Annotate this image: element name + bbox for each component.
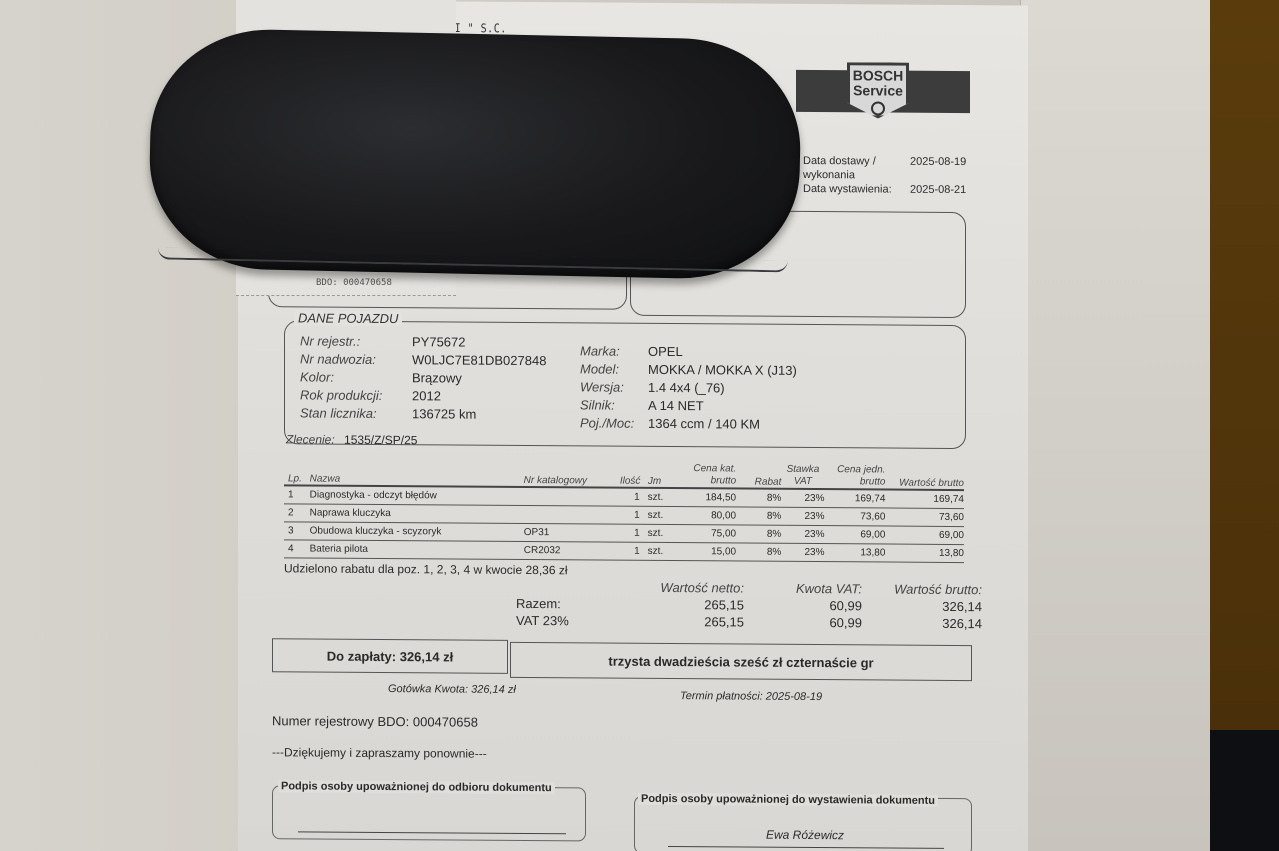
- document-dates: Data dostawy / wykonania 2025-08-19 Data…: [803, 154, 966, 197]
- col-qty: Ilość: [620, 476, 640, 487]
- cell-vat-rate: 23%: [781, 529, 824, 540]
- cell-unit: szt.: [640, 528, 687, 539]
- cell-unit: szt.: [640, 492, 687, 503]
- order-value: 1535/Z/SP/25: [344, 433, 417, 448]
- summary-row-total: Razem: 265,15 60,99 326,14: [516, 596, 982, 614]
- field-value: OPEL: [648, 343, 683, 361]
- summary-header-spacer: [516, 579, 646, 595]
- cell-vat-rate: 23%: [781, 493, 824, 504]
- col-name: Nazwa: [310, 473, 524, 485]
- cell-name: Bateria pilota: [310, 543, 524, 555]
- vehicle-field: Rok produkcji:2012: [300, 386, 546, 406]
- background-dark-corner: [1210, 730, 1279, 851]
- date-value: 2025-08-19: [910, 155, 966, 183]
- field-label: Poj./Moc:: [580, 414, 648, 432]
- col-list-price: Cena kat. brutto: [687, 463, 736, 487]
- summary-header: Wartość netto: Kwota VAT: Wartość brutto…: [516, 579, 982, 597]
- vehicle-field: Silnik:A 14 NET: [580, 396, 797, 416]
- cell-discount: 8%: [736, 528, 781, 539]
- cell-catalog: CR2032: [524, 545, 620, 557]
- summary-col-vat: Kwota VAT:: [744, 581, 862, 597]
- payment-due-date: Termin płatności: 2025-08-19: [680, 690, 822, 703]
- cell-list-price: 15,00: [687, 546, 736, 557]
- date-label: Data dostawy / wykonania: [803, 154, 910, 183]
- cell-qty: 1: [620, 528, 640, 539]
- totals-summary: Wartość netto: Kwota VAT: Wartość brutto…: [516, 579, 982, 631]
- cell-vat-rate: 23%: [781, 511, 824, 522]
- cell-vat-rate: 23%: [781, 547, 824, 558]
- cell-qty: 1: [620, 492, 640, 503]
- vehicle-left-column: Nr rejestr.:PY75672 Nr nadwozia:W0LJC7E8…: [300, 332, 546, 424]
- field-value: A 14 NET: [648, 397, 704, 415]
- field-value: W0LJC7E81DB027848: [412, 351, 546, 370]
- cell-lp: 4: [284, 543, 310, 554]
- date-delivery: Data dostawy / wykonania 2025-08-19: [803, 154, 966, 183]
- cell-total: 13,80: [885, 548, 964, 560]
- field-label: Stan licznika:: [300, 404, 412, 423]
- cell-qty: 1: [620, 510, 640, 521]
- cell-catalog: OP31: [524, 527, 620, 539]
- field-value: 1364 ccm / 140 KM: [648, 415, 760, 434]
- cell-unit: szt.: [640, 546, 687, 557]
- issuer-signature-title: Podpis osoby upoważnionej do wystawienia…: [638, 793, 938, 807]
- col-unit-price: Cena jedn. brutto: [825, 464, 886, 488]
- logo-text-service: Service: [850, 83, 906, 98]
- cell-list-price: 184,50: [687, 492, 736, 503]
- field-label: Kolor:: [300, 368, 412, 387]
- table-row: 4Bateria pilotaCR20321szt.15,008%23%13,8…: [284, 540, 964, 563]
- cell-lp: 2: [284, 507, 310, 518]
- cell-unit-price: 73,60: [825, 511, 886, 522]
- cell-discount: 8%: [736, 546, 781, 557]
- col-total: Wartość brutto: [885, 478, 964, 490]
- vehicle-field: Wersja:1.4 4x4 (_76): [580, 378, 797, 398]
- vehicle-field: Stan licznika:136725 km: [300, 404, 546, 424]
- summary-brutto: 326,14: [862, 615, 982, 631]
- glasses-case: [148, 27, 803, 281]
- bdo-number: Numer rejestrowy BDO: 000470658: [272, 713, 478, 729]
- cell-unit-price: 69,00: [825, 529, 886, 540]
- summary-netto: 265,15: [646, 614, 744, 630]
- vehicle-field: Model:MOKKA / MOKKA X (J13): [580, 360, 797, 380]
- cell-total: 69,00: [885, 530, 964, 542]
- field-label: Marka:: [580, 342, 648, 360]
- vehicle-field: Nr nadwozia:W0LJC7E81DB027848: [300, 350, 546, 370]
- cell-total: 73,60: [885, 512, 964, 524]
- col-unit: Jm: [640, 476, 687, 487]
- summary-vat: 60,99: [744, 615, 862, 631]
- vehicle-right-column: Marka:OPEL Model:MOKKA / MOKKA X (J13) W…: [580, 342, 797, 434]
- amount-due-box: Do zapłaty: 326,14 zł: [272, 638, 508, 674]
- summary-netto: 265,15: [646, 597, 744, 613]
- background-amber-edge: [1210, 0, 1279, 730]
- payment-method: Gotówka Kwota: 326,14 zł: [388, 683, 516, 696]
- field-label: Wersja:: [580, 378, 648, 396]
- cell-name: Obudowa kluczyka - scyzoryk: [310, 525, 524, 537]
- summary-col-brutto: Wartość brutto:: [862, 581, 982, 597]
- issuer-name: Ewa Różewicz: [766, 828, 844, 843]
- field-label: Nr rejestr.:: [300, 332, 412, 351]
- items-table: Lp. Nazwa Nr katalogowy Ilość Jm Cena ka…: [284, 456, 964, 563]
- cell-discount: 8%: [736, 492, 781, 503]
- field-value: 136725 km: [412, 405, 476, 423]
- receipt-bdo: BDO: 000470658: [316, 278, 392, 288]
- cell-discount: 8%: [736, 510, 781, 521]
- bosch-armature-icon: o: [871, 101, 885, 115]
- cell-unit-price: 13,80: [825, 547, 886, 558]
- field-value: Brązowy: [412, 369, 462, 387]
- cell-unit-price: 169,74: [825, 493, 886, 504]
- summary-label: VAT 23%: [516, 613, 646, 629]
- vehicle-section-title: DANE POJAZDU: [294, 310, 402, 326]
- vehicle-field: Poj./Moc:1364 ccm / 140 KM: [580, 414, 797, 434]
- field-value: MOKKA / MOKKA X (J13): [648, 361, 797, 380]
- cell-list-price: 75,00: [687, 528, 736, 539]
- cell-catalog: [524, 514, 620, 515]
- cell-total: 169,74: [885, 494, 964, 506]
- cell-catalog: [524, 496, 620, 497]
- field-label: Nr nadwozia:: [300, 350, 412, 369]
- cell-qty: 1: [620, 546, 640, 557]
- receiver-signature-title: Podpis osoby upoważnionej do odbioru dok…: [278, 780, 555, 794]
- summary-row-vat23: VAT 23% 265,15 60,99 326,14: [516, 613, 982, 631]
- date-issue: Data wystawienia: 2025-08-21: [803, 182, 966, 197]
- summary-brutto: 326,14: [862, 598, 982, 614]
- col-discount: Rabat: [736, 476, 781, 487]
- col-catalog: Nr katalogowy: [524, 475, 620, 487]
- cell-lp: 1: [284, 489, 310, 500]
- discount-note: Udzielono rabatu dla poz. 1, 2, 3, 4 w k…: [284, 561, 568, 577]
- items-table-body: 1Diagnostyka - odczyt błędów1szt.184,508…: [284, 486, 964, 563]
- vehicle-field: Kolor:Brązowy: [300, 368, 546, 388]
- cell-lp: 3: [284, 525, 310, 536]
- cell-list-price: 80,00: [687, 510, 736, 521]
- vehicle-field: Nr rejestr.:PY75672: [300, 332, 546, 352]
- field-label: Silnik:: [580, 396, 648, 414]
- field-label: Model:: [580, 360, 648, 378]
- summary-col-netto: Wartość netto:: [646, 580, 744, 596]
- field-value: 1.4 4x4 (_76): [648, 379, 725, 398]
- col-lp: Lp.: [284, 473, 310, 484]
- col-vat-rate: Stawka VAT: [781, 464, 824, 488]
- order-label: Zlecenie:: [286, 432, 335, 446]
- field-value: 2012: [412, 387, 441, 405]
- cell-name: Naprawa kluczyka: [310, 507, 524, 519]
- cell-name: Diagnostyka - odczyt błędów: [310, 489, 524, 501]
- thank-you-note: ---Dziękujemy i zapraszamy ponownie---: [272, 745, 487, 760]
- items-table-header: Lp. Nazwa Nr katalogowy Ilość Jm Cena ka…: [284, 456, 964, 491]
- summary-vat: 60,99: [744, 598, 862, 614]
- cell-unit: szt.: [640, 510, 687, 521]
- field-value: PY75672: [412, 333, 466, 351]
- amount-in-words-box: trzysta dwadzieścia sześć zł czternaście…: [510, 642, 972, 681]
- order-number: Zlecenie: 1535/Z/SP/25: [286, 432, 417, 447]
- date-value: 2025-08-21: [910, 183, 966, 197]
- field-label: Rok produkcji:: [300, 386, 412, 405]
- vehicle-field: Marka:OPEL: [580, 342, 797, 362]
- summary-label: Razem:: [516, 596, 646, 612]
- background-paper: [1020, 0, 1213, 851]
- date-label: Data wystawienia:: [803, 182, 910, 197]
